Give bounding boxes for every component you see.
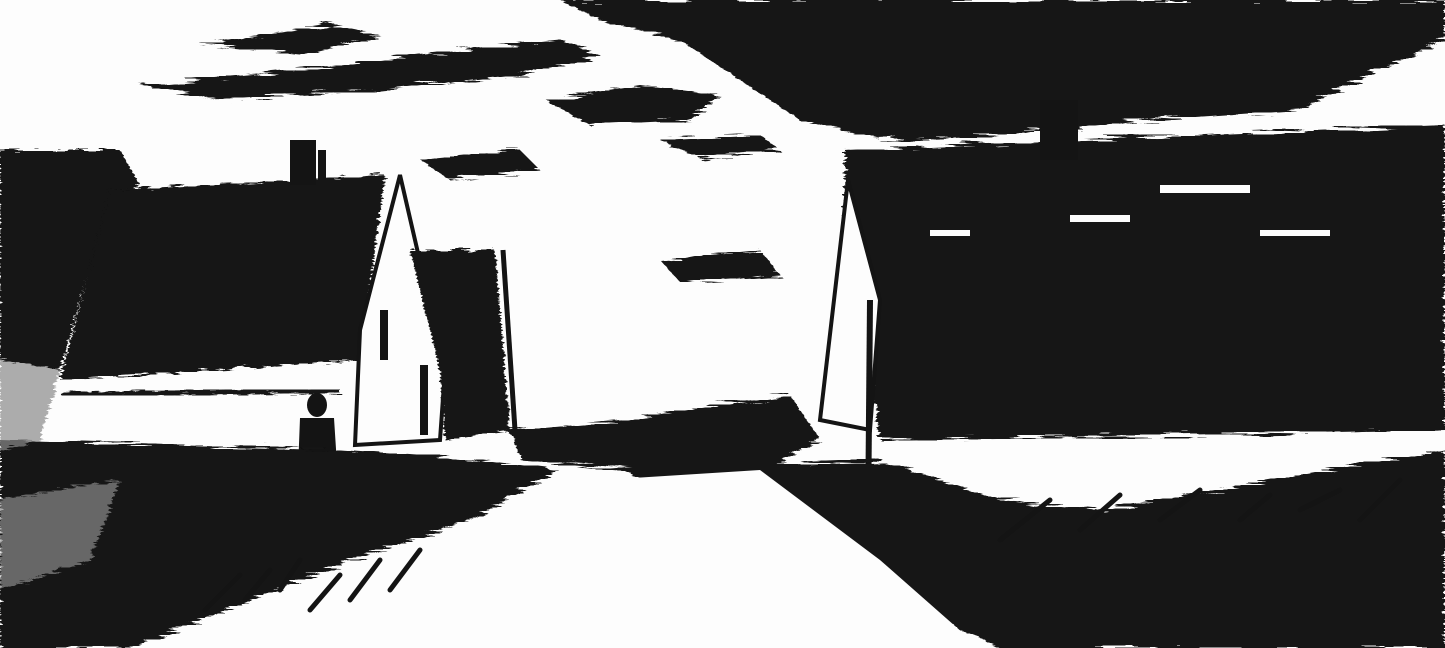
chimney-left bbox=[290, 140, 316, 185]
chimney-right bbox=[1040, 100, 1078, 160]
ink-drawing-village-scene: Village street with cottages bbox=[0, 0, 1445, 648]
